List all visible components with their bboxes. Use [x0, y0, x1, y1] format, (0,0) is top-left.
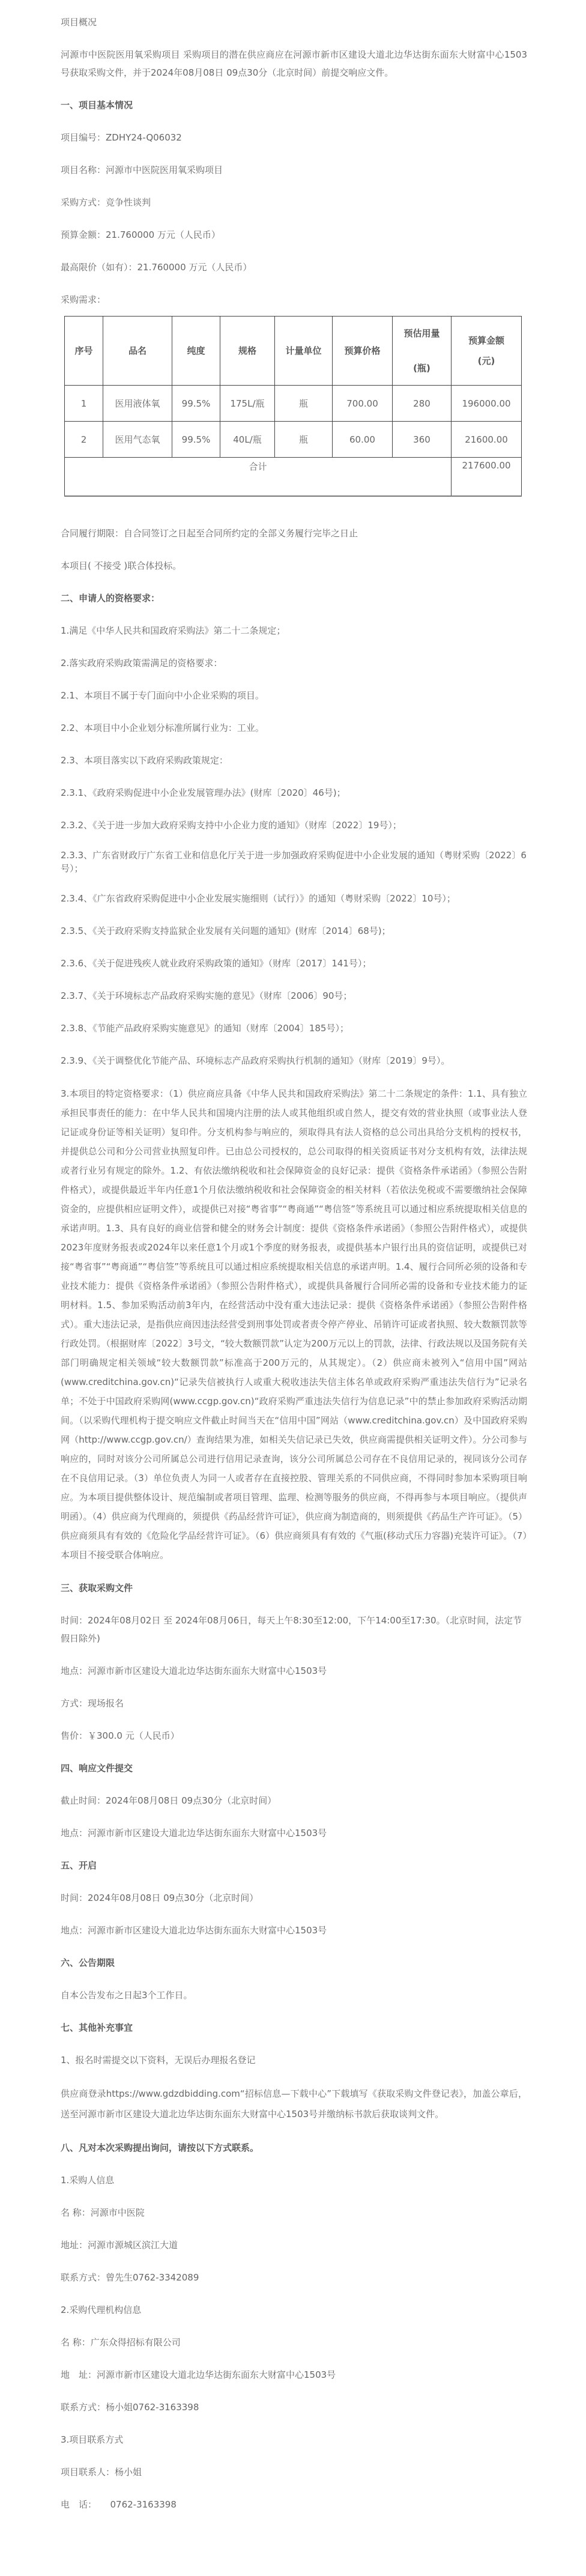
cell-spec: 40L/瓶 — [220, 422, 275, 458]
cell-quantity: 280 — [393, 386, 452, 422]
demand-label: 采购需求： — [61, 291, 527, 309]
qualification-item: 2.3.6、《关于促进残疾人就业政府采购政策的通知》（财库〔2017〕141号）… — [61, 954, 527, 972]
cell-index: 1 — [65, 386, 103, 422]
supplement-item-1: 1、报名时需提交以下资料，无误后办理报名登记 — [61, 2051, 527, 2069]
table-row: 1 医用液体氧 99.5% 175L/瓶 瓶 700.00 280 196000… — [65, 386, 522, 422]
qualification-item: 2.3.7、《关于环境标志产品政府采购实施的意见》（财库〔2006〕90号； — [61, 987, 527, 1005]
project-number: 项目编号：ZDHY24-Q06032 — [61, 129, 527, 147]
section-5-heading: 五、开启 — [61, 1856, 527, 1874]
opening-place: 地点：河源市新市区建设大道北边华达街东面东大财富中心1503号 — [61, 1921, 527, 1939]
qualification-item: 2.1、本项目不属于专门面向中小企业采购的项目。 — [61, 686, 527, 705]
table-total-row: 合计 217600.00 — [65, 458, 522, 497]
opening-time: 时间：2024年08月08日 09点30分（北京时间） — [61, 1889, 527, 1907]
agency-contact: 联系方式：杨小姐0762-3163398 — [61, 2398, 527, 2416]
col-header-spec: 规格 — [220, 317, 275, 386]
agency-title: 2.采购代理机构信息 — [61, 2301, 527, 2319]
project-contact-title: 3.项目联系方式 — [61, 2431, 527, 2449]
demand-table: 序号 品名 纯度 规格 计量单位 预算价格 预估用量 (瓶) 预算金额 (元) — [64, 316, 522, 497]
budget-amount: 预算金额：21.760000 万元（人民币） — [61, 226, 527, 244]
cell-quantity: 360 — [393, 422, 452, 458]
section-6-heading: 六、公告期限 — [61, 1954, 527, 1972]
acquire-time: 时间：2024年08月02日 至 2024年08月06日，每天上午8:30至12… — [61, 1611, 527, 1647]
project-contact-phone: 电 话： 0762-3163398 — [61, 2496, 527, 2514]
notice-period: 自本公告发布之日起3个工作日。 — [61, 1986, 527, 2004]
col-header-index: 序号 — [65, 317, 103, 386]
announcement-document: 项目概况 河源市中医院医用氧采购项目 采购项目的潜在供应商应在河源市新市区建设大… — [0, 0, 586, 2576]
contract-term: 合同履行期限：自合同签订之日起至合同所约定的全部义务履行完毕之日止 — [61, 524, 527, 542]
cell-purity: 99.5% — [172, 386, 220, 422]
cell-name: 医用气态氧 — [103, 422, 172, 458]
specific-requirements: 3.本项目的特定资格要求：（1）供应商应具备《中华人民共和国政府采购法》第二十二… — [61, 1084, 527, 1565]
amount-header-line2: (元) — [454, 352, 519, 370]
consortium-note: 本项目( 不接受 )联合体投标。 — [61, 557, 527, 575]
section-3-heading: 三、获取采购文件 — [61, 1579, 527, 1597]
agency-name: 名 称：广东众得招标有限公司 — [61, 2333, 527, 2351]
cell-unit: 瓶 — [275, 422, 333, 458]
submission-deadline: 截止时间：2024年08月08日 09点30分（北京时间） — [61, 1792, 527, 1810]
qualification-item: 2.3.2、《关于进一步加大政府采购支持中小企业力度的通知》（财库〔2022〕1… — [61, 816, 527, 834]
section-7-heading: 七、其他补充事宜 — [61, 2019, 527, 2037]
overview-title: 项目概况 — [61, 13, 527, 31]
col-header-unit: 计量单位 — [275, 317, 333, 386]
purchaser-contact: 联系方式：曾先生0762-3342089 — [61, 2268, 527, 2287]
submission-place: 地点：河源市新市区建设大道北边华达街东面东大财富中心1503号 — [61, 1824, 527, 1842]
cell-amount: 196000.00 — [452, 386, 522, 422]
cell-spec: 175L/瓶 — [220, 386, 275, 422]
section-2-heading: 二、申请人的资格要求： — [61, 589, 527, 607]
qualification-item: 2.3.8、《节能产品政府采购实施意见》的通知（财库〔2004〕185号）； — [61, 1019, 527, 1037]
agency-address: 地 址：河源市新市区建设大道北边华达街东面东大财富中心1503号 — [61, 2366, 527, 2384]
col-header-amount: 预算金额 (元) — [452, 317, 522, 386]
project-contact-person: 项目联系人：杨小姐 — [61, 2463, 527, 2481]
overview-intro: 河源市中医院医用氧采购项目 采购项目的潜在供应商应在河源市新市区建设大道北边华达… — [61, 46, 527, 82]
qualification-item: 2.3.1、《政府采购促进中小企业发展管理办法》(财库〔2020〕46号)； — [61, 784, 527, 802]
qualification-item: 1.满足《中华人民共和国政府采购法》第二十二条规定； — [61, 622, 527, 640]
acquire-method: 方式：现场报名 — [61, 1694, 527, 1712]
col-header-name: 品名 — [103, 317, 172, 386]
cell-amount: 21600.00 — [452, 422, 522, 458]
document-price: 售价：￥300.0 元（人民币） — [61, 1727, 527, 1745]
col-header-quantity: 预估用量 (瓶) — [393, 317, 452, 386]
cell-price: 60.00 — [333, 422, 393, 458]
qualification-item: 2.3.9、《关于调整优化节能产品、环境标志产品政府采购执行机制的通知》（财库〔… — [61, 1052, 527, 1070]
purchaser-name: 名 称：河源市中医院 — [61, 2204, 527, 2222]
purchaser-address: 地址：河源市源城区滨江大道 — [61, 2236, 527, 2254]
cell-price: 700.00 — [333, 386, 393, 422]
col-header-price: 预算价格 — [333, 317, 393, 386]
total-label: 合计 — [65, 458, 452, 497]
demand-table-wrapper: 序号 品名 纯度 规格 计量单位 预算价格 预估用量 (瓶) 预算金额 (元) — [64, 316, 527, 497]
table-header-row: 序号 品名 纯度 规格 计量单位 预算价格 预估用量 (瓶) 预算金额 (元) — [65, 317, 522, 386]
supplement-item-2: 供应商登录https://www.gdzdbidding.com“招标信息—下载… — [61, 2084, 527, 2124]
qualification-item: 2.3、本项目落实以下政府采购政策规定： — [61, 751, 527, 769]
section-8-heading: 八、凡对本次采购提出询问，请按以下方式联系。 — [61, 2139, 527, 2157]
table-row: 2 医用气态氧 99.5% 40L/瓶 瓶 60.00 360 21600.00 — [65, 422, 522, 458]
quantity-header-line1: 预估用量 — [395, 324, 449, 342]
acquire-place: 地点：河源市新市区建设大道北边华达街东面东大财富中心1503号 — [61, 1662, 527, 1680]
quantity-header-line2: (瓶) — [395, 359, 449, 377]
qualification-item: 2.3.3、广东省财政厅广东省工业和信息化厅关于进一步加强政府采购促进中小企业发… — [61, 849, 527, 875]
purchaser-title: 1.采购人信息 — [61, 2171, 527, 2189]
max-price: 最高限价（如有）：21.760000 万元（人民币） — [61, 258, 527, 276]
qualification-item: 2.3.4、《广东省政府采购促进中小企业发展实施细则（试行）》的通知（粤财采购〔… — [61, 889, 527, 908]
cell-name: 医用液体氧 — [103, 386, 172, 422]
procurement-method: 采购方式：竞争性谈判 — [61, 193, 527, 211]
amount-header-line1: 预算金额 — [454, 332, 519, 350]
qualification-item: 2.2、本项目中小企业划分标准所属行业为：工业。 — [61, 719, 527, 737]
project-name: 项目名称：河源市中医院医用氧采购项目 — [61, 161, 527, 179]
section-1-heading: 一、项目基本情况 — [61, 96, 527, 114]
qualification-item: 2.落实政府采购政策需满足的资格要求： — [61, 654, 527, 672]
section-4-heading: 四、响应文件提交 — [61, 1759, 527, 1777]
cell-unit: 瓶 — [275, 386, 333, 422]
cell-purity: 99.5% — [172, 422, 220, 458]
cell-index: 2 — [65, 422, 103, 458]
total-value: 217600.00 — [452, 458, 522, 497]
col-header-purity: 纯度 — [172, 317, 220, 386]
qualification-item: 2.3.5、《关于政府采购支持监狱企业发展有关问题的通知》(财库〔2014〕68… — [61, 922, 527, 940]
